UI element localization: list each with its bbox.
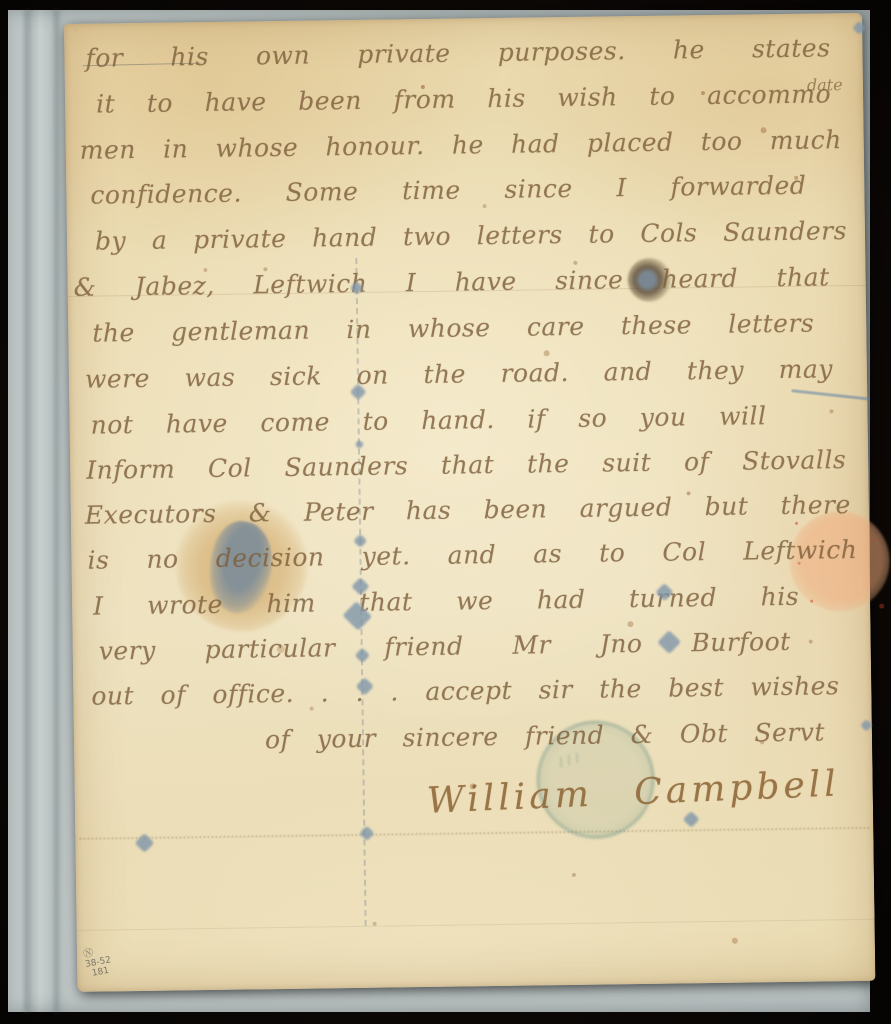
scanned-letter-page: ⌇⌇⌇ for his own private purposes. he sta… (0, 0, 891, 1024)
guard-sheet-crease (24, 10, 29, 1012)
handwriting-line: Executors & Peter has been argued but th… (85, 490, 851, 535)
interlinear-insertion: date (807, 75, 843, 94)
handwriting-line: were was sick on the road. and they may (85, 354, 833, 398)
handwriting-line: it to have been from his wish to accommo (96, 79, 831, 123)
letter-sheet: ⌇⌇⌇ for his own private purposes. he sta… (64, 13, 875, 992)
horizontal-fold-crease (77, 919, 875, 931)
guard-sheet-crease (54, 10, 59, 1012)
horizontal-fold-crease (79, 827, 869, 840)
handwriting-line: for his own private purposes. he states (85, 33, 830, 77)
archive-catalog-mark: Ⓝ 38-52 181 (83, 945, 114, 979)
blue-wafer-mark (860, 719, 873, 732)
handwriting-line: men in whose honour. he had placed too m… (80, 125, 842, 170)
handwriting-line: by a private hand two letters to Cols Sa… (95, 216, 847, 260)
blue-wafer-mark (683, 811, 700, 828)
handwriting-line: Inform Col Saunders that the suit of Sto… (86, 445, 846, 490)
handwriting-line: the gentleman in whose care these letter… (92, 309, 814, 353)
handwriting-line: very particular friend Mr Jno Burfoot (99, 627, 791, 671)
handwriting-line: of your sincere friend & Obt Servt (265, 717, 825, 759)
signature: William Campbell (426, 763, 840, 821)
handwriting-line: & Jabez, Leftwich I have since heard tha… (73, 262, 829, 307)
blue-wafer-mark (359, 826, 375, 842)
handwriting-line: not have come to hand. if so you will (90, 401, 766, 444)
blue-ink-smear (791, 389, 869, 400)
handwriting-line: out of office. . . . accept sir the best… (91, 671, 839, 715)
handwriting-line: confidence. Some time since I forwarded (90, 171, 806, 215)
